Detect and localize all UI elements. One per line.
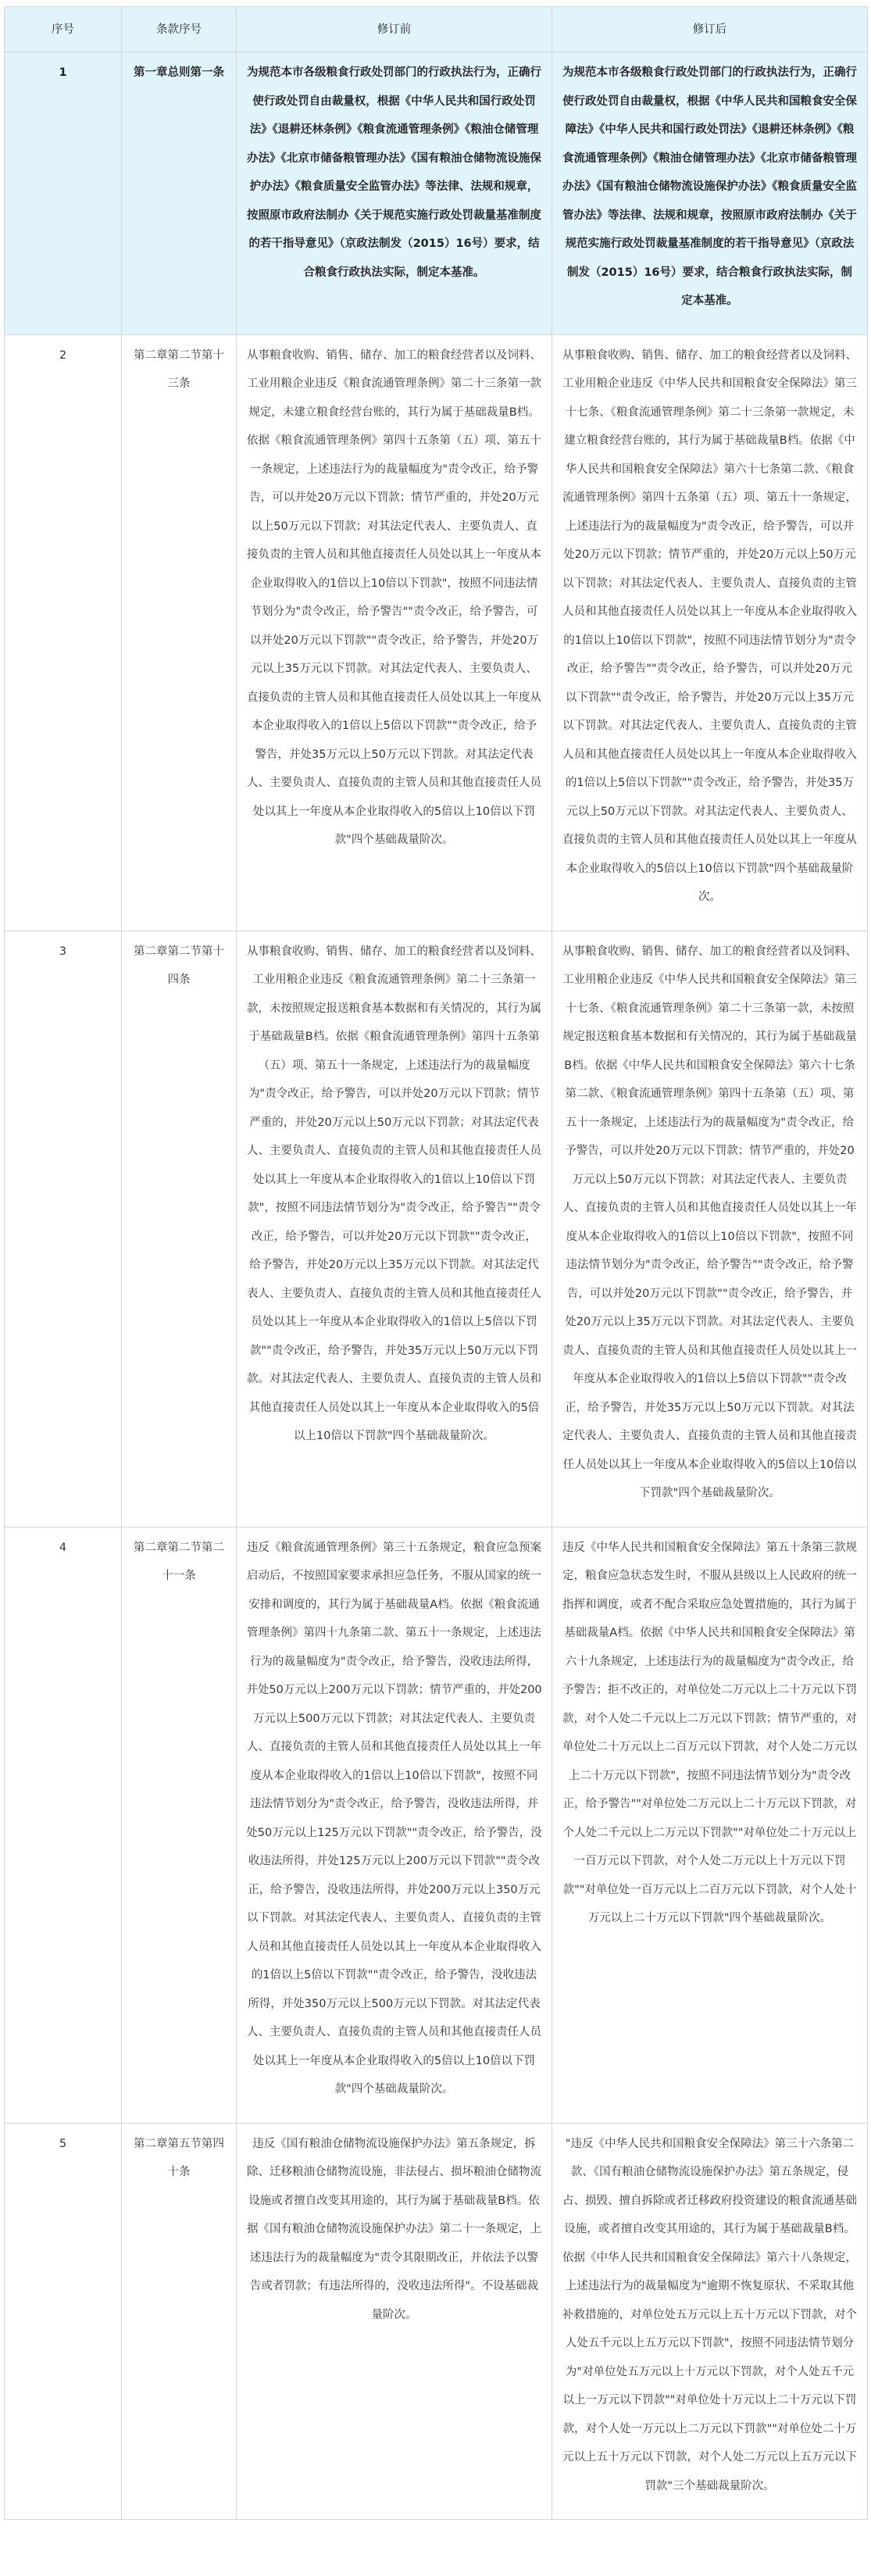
cell-no: 5: [5, 2123, 122, 2520]
table-row: 1 第一章总则第一条 为规范本市各级粮食行政处罚部门的行政执法行为，正确行使行政…: [5, 52, 868, 335]
cell-clause: 第二章第二节第二十一条: [122, 1527, 237, 2123]
table-row: 3 第二章第二节第十四条 从事粮食收购、销售、储存、加工的粮食经营者以及饲料、工…: [5, 931, 868, 1527]
cell-after: 从事粮食收购、销售、储存、加工的粮食经营者以及饲料、工业用粮企业违反《中华人民共…: [552, 334, 868, 931]
header-after: 修订后: [552, 7, 868, 52]
page: 序号 条款序号 修订前 修订后 1 第一章总则第一条 为规范本市各级粮食行政处罚…: [0, 0, 871, 2524]
cell-before: 违反《国有粮油仓储物流设施保护办法》第五条规定，拆除、迁移粮油仓储物流设施，非法…: [237, 2123, 552, 2520]
table-row: 4 第二章第二节第二十一条 违反《粮食流通管理条例》第三十五条规定，粮食应急预案…: [5, 1527, 868, 2123]
header-before: 修订前: [237, 7, 552, 52]
table-header-row: 序号 条款序号 修订前 修订后: [5, 7, 868, 52]
cell-no: 3: [5, 931, 122, 1527]
cell-no: 4: [5, 1527, 122, 2123]
header-clause: 条款序号: [122, 7, 237, 52]
cell-clause: 第二章第五节第四十条: [122, 2123, 237, 2520]
cell-after: 违反《中华人民共和国粮食安全保障法》第五十条第三款规定，粮食应急状态发生时，不服…: [552, 1527, 868, 2123]
cell-before: 从事粮食收购、销售、储存、加工的粮食经营者以及饲料、工业用粮企业违反《粮食流通管…: [237, 334, 552, 931]
revision-comparison-table: 序号 条款序号 修订前 修订后 1 第一章总则第一条 为规范本市各级粮食行政处罚…: [4, 6, 868, 2520]
cell-no: 1: [5, 52, 122, 335]
cell-before: 为规范本市各级粮食行政处罚部门的行政执法行为，正确行使行政处罚自由裁量权，根据《…: [237, 52, 552, 335]
cell-no: 2: [5, 334, 122, 931]
cell-before: 从事粮食收购、销售、储存、加工的粮食经营者以及饲料、工业用粮企业违反《粮食流通管…: [237, 931, 552, 1527]
cell-after: "违反《中华人民共和国粮食安全保障法》第三十六条第二款、《国有粮油仓储物流设施保…: [552, 2123, 868, 2520]
cell-before: 违反《粮食流通管理条例》第三十五条规定，粮食应急预案启动后，不按照国家要求承担应…: [237, 1527, 552, 2123]
cell-clause: 第二章第二节第十三条: [122, 334, 237, 931]
cell-after: 从事粮食收购、销售、储存、加工的粮食经营者以及饲料、工业用粮企业违反《中华人民共…: [552, 931, 868, 1527]
header-no: 序号: [5, 7, 122, 52]
table-row: 5 第二章第五节第四十条 违反《国有粮油仓储物流设施保护办法》第五条规定，拆除、…: [5, 2123, 868, 2520]
cell-clause: 第一章总则第一条: [122, 52, 237, 335]
table-row: 2 第二章第二节第十三条 从事粮食收购、销售、储存、加工的粮食经营者以及饲料、工…: [5, 334, 868, 931]
cell-after: 为规范本市各级粮食行政处罚部门的行政执法行为，正确行使行政处罚自由裁量权，根据《…: [552, 52, 868, 335]
cell-clause: 第二章第二节第十四条: [122, 931, 237, 1527]
